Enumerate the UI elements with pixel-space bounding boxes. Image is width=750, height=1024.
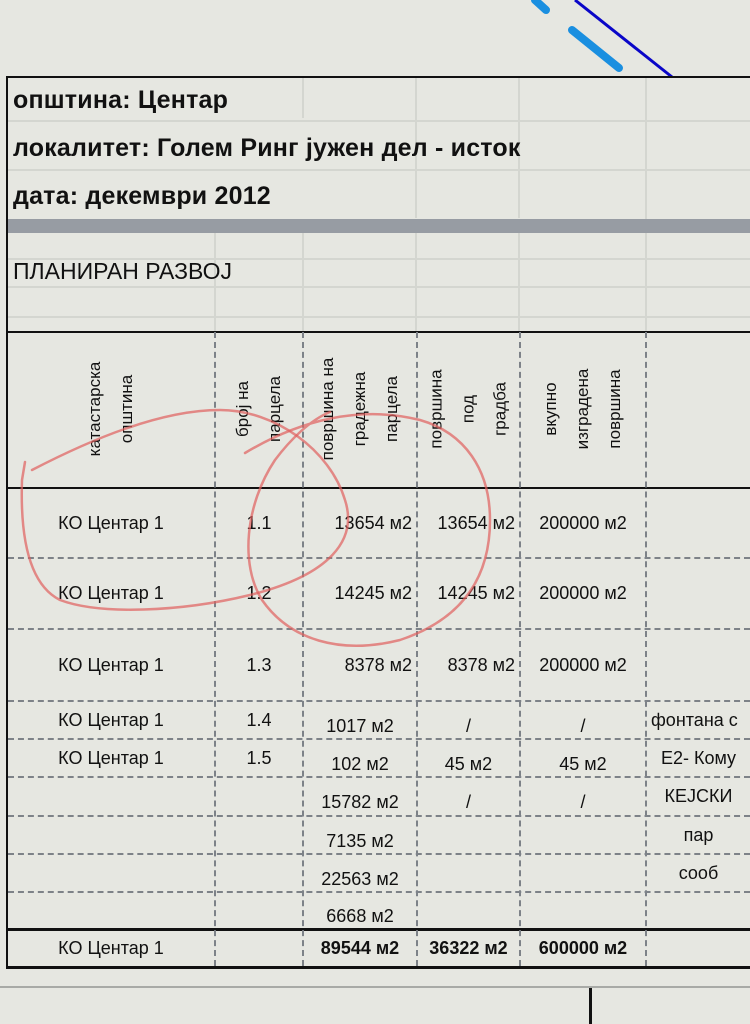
cell-ko — [8, 893, 214, 928]
locality-label: локалитет: Голем Ринг јужен дел - исток — [13, 134, 521, 163]
cell-total-area: 45 м2 — [521, 740, 645, 782]
cell-ko — [8, 778, 214, 815]
cell-note — [647, 489, 750, 557]
cell-total-area — [521, 855, 645, 897]
cell-ko: КО Центар 1 — [8, 559, 214, 628]
column-header-total-area: вкупно изградена површина — [521, 333, 645, 485]
cell-ko: КО Центар 1 — [8, 740, 214, 776]
cell-parcel: 1.5 — [216, 740, 302, 776]
separator-band — [8, 219, 750, 233]
cell-total-area — [521, 817, 645, 859]
total-cell-note — [647, 930, 750, 966]
cell-ko — [8, 855, 214, 891]
light-blue-dash — [572, 30, 619, 68]
cell-note: фонтана с — [647, 702, 750, 738]
cell-total-area: 200000 м2 — [521, 630, 645, 700]
cell-note: КЕЈСКИ — [647, 778, 750, 815]
column-header-built-area: површина под градба — [418, 333, 519, 485]
cell-built-area — [418, 893, 519, 934]
dark-blue-line — [575, 0, 672, 77]
cell-parcel: 1.4 — [216, 702, 302, 738]
cell-built-area: 45 м2 — [418, 740, 519, 782]
cell-plot-area: 15782 м2 — [304, 778, 416, 821]
cell-note — [647, 630, 750, 700]
cell-parcel — [216, 855, 302, 891]
total-cell-plot-area: 89544 м2 — [304, 930, 416, 966]
cell-plot-area: 102 м2 — [304, 740, 416, 782]
cell-built-area: / — [418, 702, 519, 744]
cell-note: Е2- Кому — [647, 740, 750, 776]
cell-note — [647, 893, 750, 928]
cell-total-area: 200000 м2 — [521, 559, 645, 628]
cell-built-area — [418, 855, 519, 897]
column-header-plot-area: површина на градежна парцела — [304, 333, 416, 485]
cell-plot-area: 8378 м2 — [304, 630, 416, 700]
total-cell-parcel — [216, 930, 302, 966]
cell-parcel — [216, 817, 302, 853]
cell-total-area: 200000 м2 — [521, 489, 645, 557]
cell-parcel: 1.2 — [216, 559, 302, 628]
section-title: ПЛАНИРАН РАЗВОЈ — [13, 258, 232, 285]
total-cell-total-area: 600000 м2 — [521, 930, 645, 966]
cell-built-area: 8378 м2 — [418, 630, 519, 700]
date-label: дата: декември 2012 — [13, 182, 271, 211]
cell-total-area — [521, 893, 645, 934]
cell-parcel — [216, 893, 302, 928]
total-cell-ko: КО Центар 1 — [8, 930, 214, 966]
cell-total-area: / — [521, 702, 645, 744]
cell-ko: КО Центар 1 — [8, 630, 214, 700]
cell-plot-area: 1017 м2 — [304, 702, 416, 744]
light-blue-dash — [535, 0, 546, 10]
municipality-label: општина: Центар — [13, 86, 228, 115]
cell-note: сооб — [647, 855, 750, 891]
page-bottom-divider — [0, 986, 750, 988]
cell-built-area: / — [418, 778, 519, 821]
total-cell-built-area: 36322 м2 — [418, 930, 519, 966]
cell-plot-area: 7135 м2 — [304, 817, 416, 859]
column-header-cadastral: катастарска општина — [8, 333, 214, 485]
cell-built-area: 13654 м2 — [418, 489, 519, 557]
cell-built-area: 14245 м2 — [418, 559, 519, 628]
cell-total-area: / — [521, 778, 645, 821]
cell-plot-area: 6668 м2 — [304, 893, 416, 934]
cell-parcel: 1.3 — [216, 630, 302, 700]
cell-note — [647, 559, 750, 628]
drawing-lines — [0, 0, 750, 80]
cell-ko: КО Центар 1 — [8, 702, 214, 738]
cell-ko: КО Центар 1 — [8, 489, 214, 557]
spreadsheet-page: општина: Центар локалитет: Голем Ринг ју… — [0, 0, 750, 1024]
cell-plot-area: 13654 м2 — [304, 489, 416, 557]
column-header-parcel-number: број на парцела — [216, 333, 302, 485]
cell-parcel — [216, 778, 302, 815]
cell-built-area — [418, 817, 519, 859]
page-bottom-vertical — [589, 988, 592, 1024]
cell-note: пар — [647, 817, 750, 853]
cell-plot-area: 14245 м2 — [304, 559, 416, 628]
cell-parcel: 1.1 — [216, 489, 302, 557]
cell-ko — [8, 817, 214, 853]
cell-plot-area: 22563 м2 — [304, 855, 416, 897]
